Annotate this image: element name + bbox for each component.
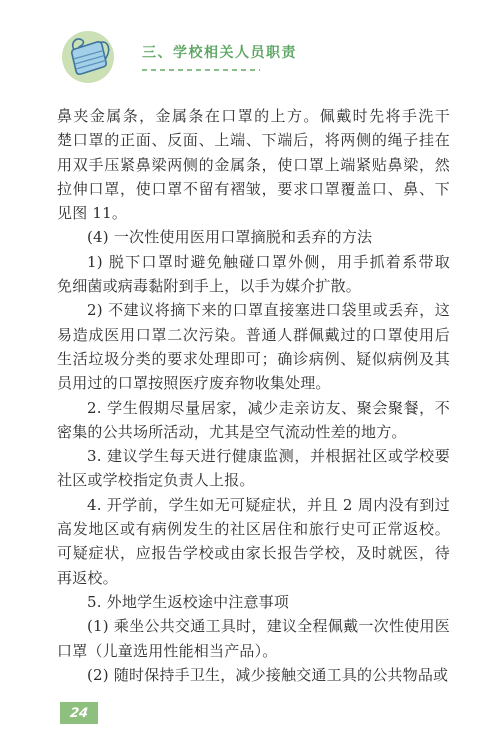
text-line: (2) 随时保持手卫生，减少接触交通工具的公共物品或部 [57,663,450,687]
text-line: 员用过的口罩按照医疗废弃物收集处理。 [57,371,450,395]
text-line: 见图 11。 [57,201,450,225]
text-line: 5. 外地学生返校途中注意事项 [57,590,450,614]
text-line: 4. 开学前，学生如无可疑症状，并且 2 周内没有到过疫情 [57,493,450,517]
face-mask-icon [62,31,114,83]
text-line: 拉伸口罩，使口罩不留有褶皱，要求口罩覆盖口、鼻、下颌。具体 [57,177,450,201]
text-line: 高发地区或有病例发生的社区居住和旅行史可正常返校。如有 [57,517,450,541]
section-header-text: 三、学校相关人员职责 [142,45,297,71]
section-title: 三、学校相关人员职责 [142,45,297,61]
page-number-badge: 24 [60,702,98,724]
book-page: 三、学校相关人员职责 鼻夹金属条，金属条在口罩的上方。佩戴时先将手洗干净，分清楚… [0,0,500,750]
text-line: 鼻夹金属条，金属条在口罩的上方。佩戴时先将手洗干净，分清 [57,104,450,128]
section-header: 三、学校相关人员职责 [62,31,297,83]
text-line: 社区或学校指定负责人上报。 [57,468,450,492]
text-line: 2. 学生假期尽量居家，减少走亲访友、聚会聚餐，不到人员 [57,396,450,420]
text-line: 密集的公共场所活动，尤其是空气流动性差的地方。 [57,420,450,444]
text-line: 可疑症状，应报告学校或由家长报告学校，及时就医，待痊愈后 [57,541,450,565]
text-line: 生活垃圾分类的要求处理即可；确诊病例、疑似病例及其护理人 [57,347,450,371]
dashed-rule [142,69,260,71]
text-line: 楚口罩的正面、反面、上端、下端后，将两侧的绳子挂在耳朵上； [57,128,450,152]
page-number: 24 [69,706,89,721]
text-line: 用双手压紧鼻梁两侧的金属条，使口罩上端紧贴鼻梁，然后向下 [57,153,450,177]
text-line: 再返校。 [57,566,450,590]
text-line: 口罩（儿童选用性能相当产品）。 [57,639,450,663]
body-text: 鼻夹金属条，金属条在口罩的上方。佩戴时先将手洗干净，分清楚口罩的正面、反面、上端… [57,104,450,687]
text-line: 2) 不建议将摘下来的口罩直接塞进口袋里或丢弃，这样容 [57,298,450,322]
text-line: (4) 一次性使用医用口罩摘脱和丢弃的方法 [57,225,450,249]
text-line: 1) 脱下口罩时避免触碰口罩外侧，用手抓着系带取下，避 [57,250,450,274]
text-line: 易造成医用口罩二次污染。普通人群佩戴过的口罩使用后按照 [57,323,450,347]
text-line: 3. 建议学生每天进行健康监测，并根据社区或学校要求向 [57,444,450,468]
text-line: 免细菌或病毒黏附到手上，以手为媒介扩散。 [57,274,450,298]
text-line: (1) 乘坐公共交通工具时，建议全程佩戴一次性使用医用 [57,614,450,638]
